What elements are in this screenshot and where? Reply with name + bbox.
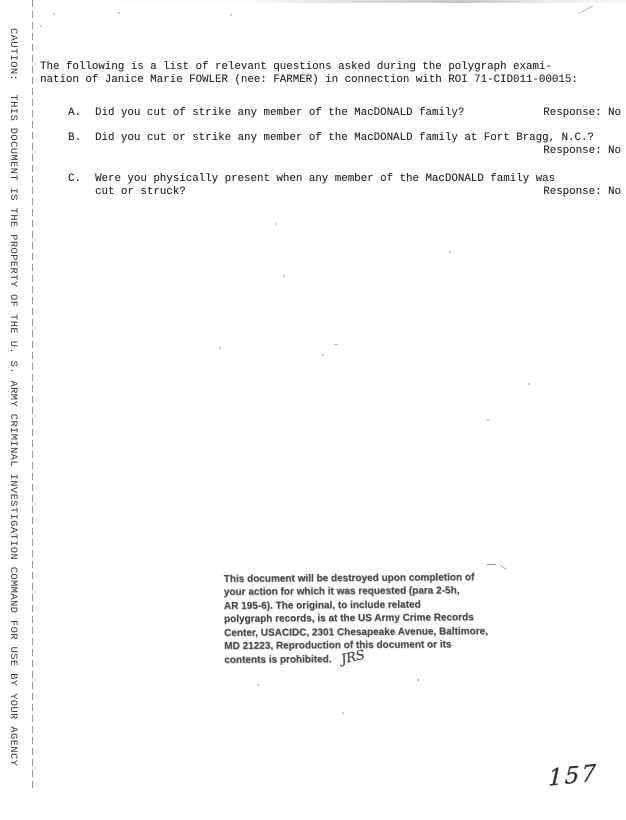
question-b-label: B. (68, 132, 81, 145)
scan-speck (528, 383, 530, 385)
question-b-text: Did you cut or strike any member of the … (95, 132, 594, 145)
stamp-stray-mark (487, 564, 496, 565)
scanned-document-page: CAUTION: THIS DOCUMENT IS THE PROPERTY O… (0, 0, 626, 820)
scan-speck (283, 275, 285, 277)
question-c-label: C. (68, 173, 81, 186)
question-b-response: Response: No (543, 145, 621, 158)
question-a-label: A. (68, 107, 81, 120)
scan-speck (40, 25, 42, 27)
handwritten-page-number: 157 (548, 760, 599, 791)
scan-speck (257, 684, 259, 686)
scan-speck (417, 679, 419, 681)
scan-speck (275, 223, 277, 225)
stamp-stray-mark-2 (500, 565, 506, 570)
scan-speck (322, 354, 324, 356)
question-a-response: Response: No (543, 107, 621, 120)
intro-line-2: nation of Janice Marie FOWLER (nee: FARM… (40, 74, 578, 87)
stamp-line: your action for which it was requested (… (224, 584, 500, 599)
vertical-dashed-divider (32, 0, 33, 792)
question-c-response: Response: No (543, 186, 621, 199)
scan-speck (53, 13, 55, 15)
intro-line-1: The following is a list of relevant ques… (40, 61, 552, 74)
stamp-line-text: contents is prohibited. (224, 655, 331, 667)
scan-edge-noise (0, 0, 626, 3)
question-c-text-line2: cut or struck? (95, 186, 186, 199)
vertical-caution-caption: CAUTION: THIS DOCUMENT IS THE PROPERTY O… (7, 28, 19, 746)
handwritten-initials: JRS (340, 649, 366, 667)
question-a-text: Did you cut of strike any member of the … (95, 107, 464, 120)
scan-speck (334, 344, 338, 345)
scan-speck (219, 347, 221, 349)
stamp-last-line: contents is prohibited.JRS (224, 651, 500, 667)
scan-speck (230, 14, 232, 16)
stamp-line: Center, USACIDC, 2301 Chesapeake Avenue,… (224, 625, 500, 640)
stamp-line: polygraph records, is at the US Army Cri… (224, 611, 500, 626)
scan-speck (449, 251, 451, 253)
question-c-text: Were you physically present when any mem… (95, 173, 555, 186)
scan-speck (487, 419, 489, 421)
scan-artifact-mark (579, 5, 594, 13)
destruction-notice-stamp: This document will be destroyed upon com… (224, 571, 501, 668)
scan-speck (118, 12, 120, 14)
scan-speck (342, 712, 344, 714)
